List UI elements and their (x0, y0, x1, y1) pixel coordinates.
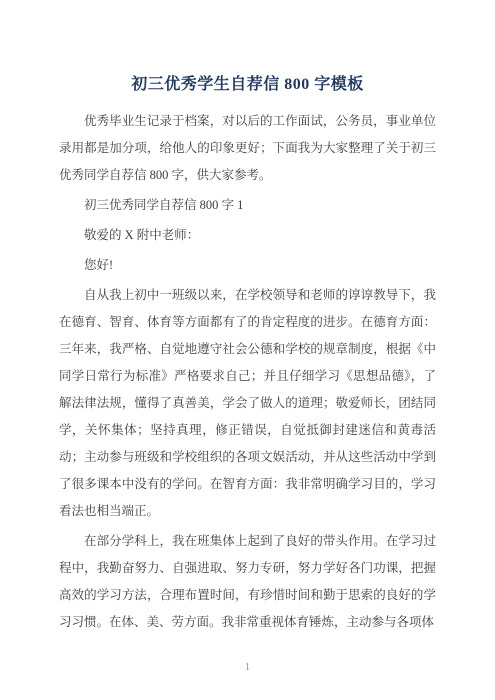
paragraph-salutation: 敬爱的 X 附中老师： (59, 222, 436, 249)
paragraph-body-moral-education: 自从我上初中一班级以来，在学校领导和老师的谆谆教导下，我在德育、智育、体育等方面… (59, 282, 436, 525)
page-number: 1 (0, 662, 495, 673)
document-content: 初三优秀学生自荐信 800 字模板 优秀毕业生记录于档案，对以后的工作面试，公务… (59, 71, 436, 639)
paragraph-body-study-habits: 在部分学科上，我在班集体上起到了良好的带头作用。在学习过程中，我勤奋努力、自强进… (59, 528, 436, 636)
document-page: 初三优秀学生自荐信 800 字模板 优秀毕业生记录于档案，对以后的工作面试，公务… (0, 0, 495, 700)
document-title: 初三优秀学生自荐信 800 字模板 (59, 71, 436, 98)
paragraph-intro: 优秀毕业生记录于档案，对以后的工作面试，公务员，事业单位录用都是加分项，给他人的… (59, 108, 436, 189)
paragraph-greeting: 您好! (59, 252, 436, 279)
paragraph-section-heading: 初三优秀同学自荐信 800 字 1 (59, 192, 436, 219)
